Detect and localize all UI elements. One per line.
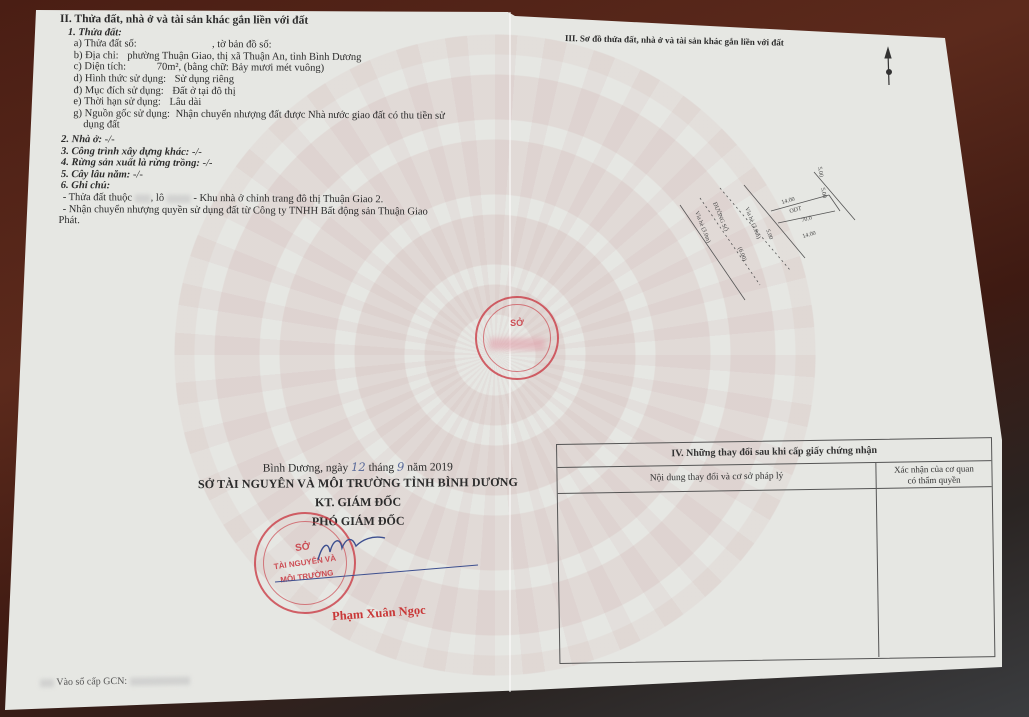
authority-confirm-cell [877, 487, 995, 657]
changes-table: IV. Những thay đổi sau khi cấp giấy chứn… [556, 437, 995, 664]
col-authority-confirm: Xác nhận của cơ quan có thẩm quyền [876, 461, 991, 488]
changes-content-cell [558, 489, 880, 662]
col-changes-content: Nội dung thay đổi và cơ sở pháp lý [557, 463, 876, 493]
